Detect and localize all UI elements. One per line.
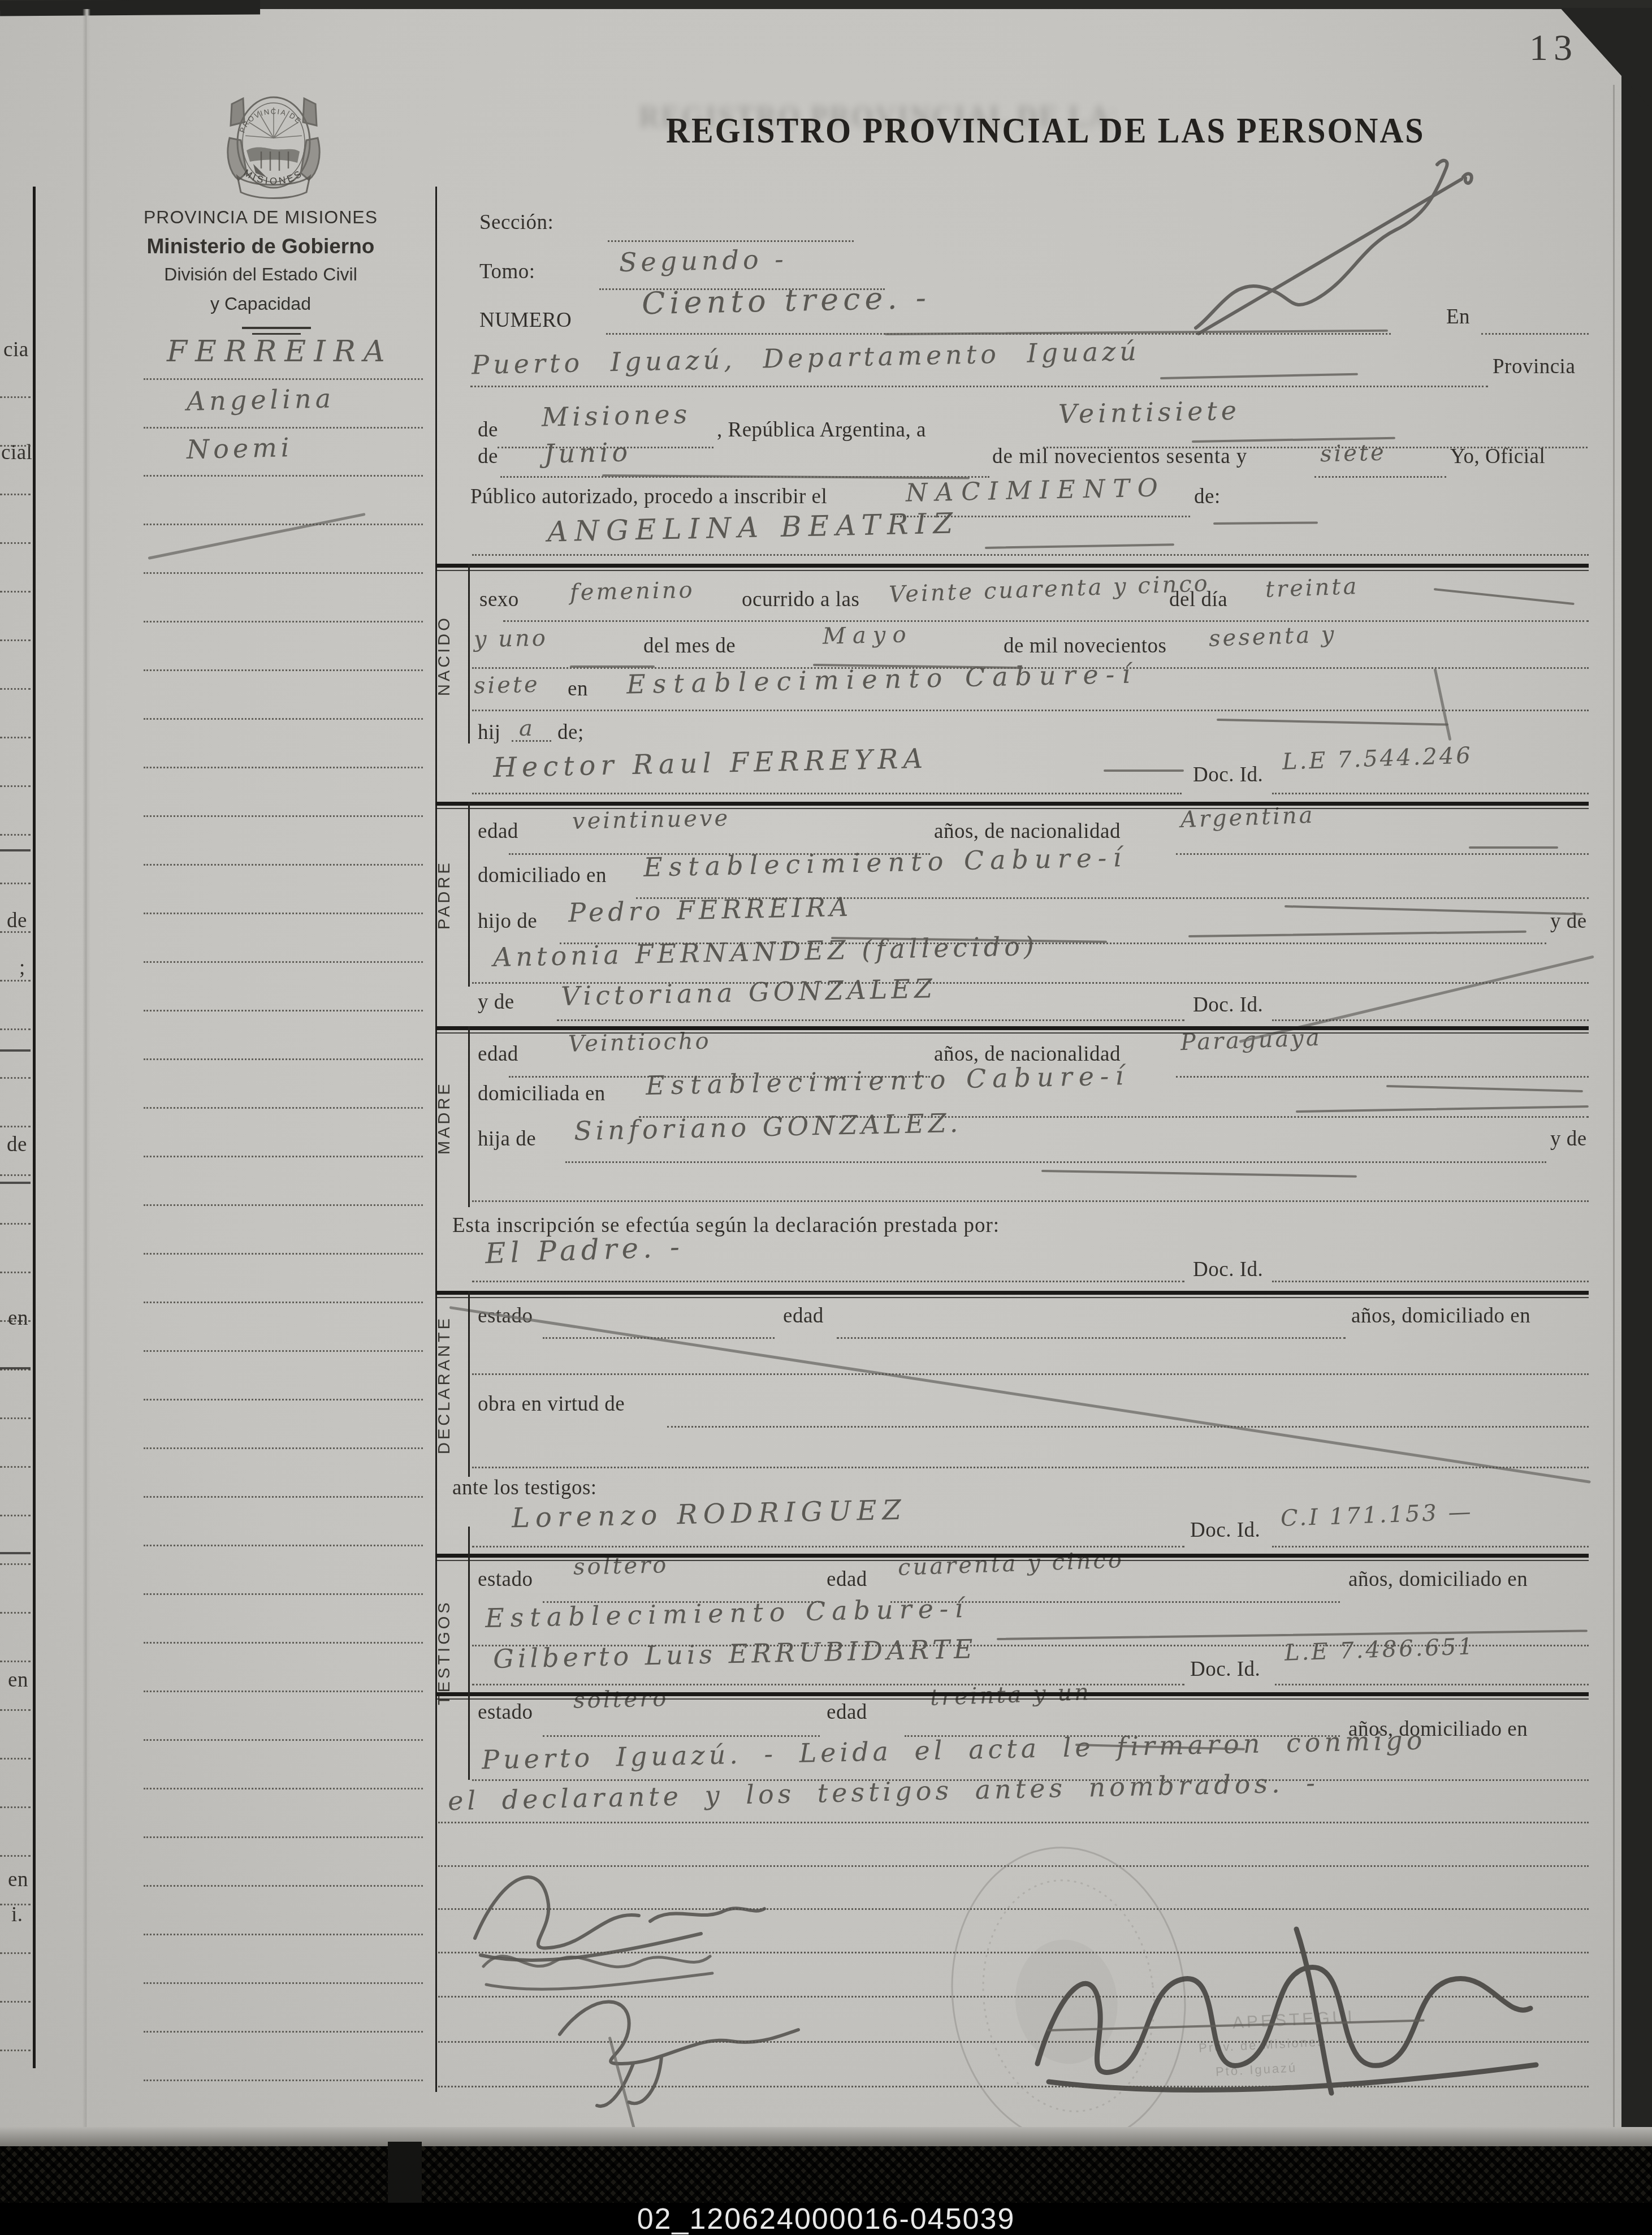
margin-dotted-line (144, 1204, 423, 1206)
form-dotted-line (472, 1546, 1184, 1547)
edge-stub-line (0, 785, 31, 787)
page-right-edge-line (1613, 85, 1615, 2143)
margin-dotted-line (144, 913, 423, 914)
padre-edad-value: veintinueve (572, 807, 730, 833)
place-value: Puerto Iguazú, Departamento Iguazú (472, 338, 1141, 378)
form-heavy-rule (435, 564, 1589, 568)
pen-stroke (1217, 719, 1448, 726)
edge-stub-line (0, 931, 31, 933)
edge-stub-line (0, 494, 31, 495)
form-heavy-rule-thin (435, 1560, 1589, 1561)
mes-value: Mayo (823, 623, 913, 647)
section-label-madre: MADRE (436, 1057, 453, 1179)
edge-fragment: cia (3, 339, 29, 360)
margin-dotted-line (144, 1107, 423, 1109)
margin-slash-stroke (148, 513, 366, 560)
closing-line-1: Puerto Iguazú. - Leida el acta le firmar… (482, 1727, 1426, 1773)
form-heavy-rule-thin (435, 1032, 1589, 1034)
republica-label: , República Argentina, a (717, 420, 926, 440)
section-divider-line (468, 564, 470, 743)
sexo-value: femenino (570, 579, 695, 604)
margin-dotted-line (144, 1739, 423, 1741)
edge-stub-line (0, 737, 31, 738)
month-value: Junio (544, 439, 632, 466)
madre-y-de-label: y de (478, 992, 514, 1013)
section-divider-line (468, 1291, 470, 1477)
pen-stroke (1386, 1085, 1583, 1092)
form-dotted-line (470, 386, 1488, 387)
page-number: 13 (1529, 29, 1578, 67)
edge-fragment: de (7, 910, 27, 931)
form-dotted-line (472, 1779, 1589, 1781)
registrar-signature (1015, 1894, 1552, 2115)
margin-dotted-line (144, 524, 423, 525)
form-dotted-line (890, 1601, 1340, 1603)
declarante-obra-label: obra en virtud de (478, 1394, 625, 1415)
madre-edad-label: edad (478, 1044, 518, 1065)
padre-nacionalidad-label: años, de nacionalidad (934, 821, 1121, 842)
office-division-line2: y Capacidad (88, 295, 434, 313)
margin-dotted-line (144, 1982, 423, 1984)
event-value: NACIMIENTO (906, 475, 1166, 506)
form-dotted-line (503, 620, 1589, 622)
page-bottom-shadow (0, 2127, 1652, 2147)
form-dotted-line (560, 943, 1546, 944)
day-value: Veintisiete (1058, 397, 1241, 427)
testigo2-nombre-value: Gilberto Luis ERRUBIDARTE (493, 1636, 977, 1672)
de-mil-label: de mil novecientos sesenta y (992, 446, 1247, 467)
form-heavy-rule-thin (435, 1698, 1589, 1700)
margin-surname: FERREIRA (167, 337, 393, 366)
hora-value: Veinte cuarenta y cinco (888, 572, 1210, 606)
form-dotted-line (608, 240, 854, 242)
closing-line-2: el declarante y los testigos antes nombr… (448, 1770, 1320, 1814)
sexo-label: sexo (479, 589, 519, 610)
madre-edad-value: Veintiocho (568, 1030, 711, 1055)
form-heavy-rule (435, 1026, 1589, 1030)
form-dotted-line (1043, 447, 1588, 448)
form-dotted-line (509, 853, 930, 855)
edge-stub-line (0, 1904, 31, 1905)
edge-stub-line (0, 1466, 31, 1468)
form-dotted-line (1272, 1546, 1589, 1547)
section-divider-line (468, 802, 470, 987)
testigo1-doc-value: C.I 171.153 — (1280, 1501, 1473, 1530)
svg-text:MISIONES: MISIONES (241, 167, 305, 187)
form-dotted-line (1481, 333, 1589, 335)
section-divider-line (468, 1527, 470, 1780)
margin-dotted-line (144, 1593, 423, 1595)
declarante-edad-label: edad (783, 1305, 824, 1326)
margin-dotted-line (144, 1058, 423, 1060)
bookmark-ribbon (388, 2142, 422, 2204)
form-dotted-line (472, 1645, 1589, 1646)
edge-stub-rule (0, 849, 31, 851)
padre-hijo-de-label: hijo de (478, 911, 537, 932)
margin-dotted-line (144, 864, 423, 866)
form-dotted-line (438, 1865, 1589, 1867)
registered-name-value: ANGELINA BEATRIZ (547, 509, 960, 546)
form-dotted-line (472, 1467, 1589, 1468)
form-dotted-line (438, 1908, 1589, 1910)
margin-dotted-line (144, 1934, 423, 1935)
edge-stub-line (0, 1661, 31, 1662)
form-dotted-line (565, 1161, 1546, 1163)
hijo-label-suffix: de; (557, 722, 584, 743)
edge-fragment: en (8, 1670, 28, 1691)
edge-stub-rule (0, 1182, 31, 1184)
edge-stub-line (0, 639, 31, 641)
edge-fragment: ; (19, 957, 25, 978)
pen-stroke (1041, 1170, 1357, 1178)
margin-given-name-1: Angelina (187, 385, 335, 414)
testigo2-estado-label: estado (478, 1702, 533, 1723)
edge-stub-line (0, 834, 31, 836)
form-dotted-line (1275, 1684, 1589, 1685)
declarante-anios-label: años, domiciliado en (1351, 1305, 1530, 1326)
edge-stub-line (0, 591, 31, 593)
seccion-label: Sección: (479, 212, 553, 233)
scan-edge-top-left (0, 0, 260, 16)
section-label-declarante: DECLARANTE (436, 1295, 453, 1476)
edge-stub-line (0, 1855, 31, 1857)
edge-fragment: i. (11, 1904, 23, 1925)
en-label: En (1446, 306, 1470, 327)
edge-stub-line (0, 1515, 31, 1516)
padre-doc-value: L.E 7.544.246 (1282, 744, 1473, 773)
form-dotted-line (1272, 1281, 1589, 1282)
form-dotted-line (472, 982, 1589, 984)
edge-stub-line (0, 1806, 31, 1808)
yo-oficial-label: Yo, Oficial (1450, 446, 1545, 467)
madre-doc-label: Doc. Id. (1193, 995, 1263, 1015)
official-header-signature (1182, 144, 1487, 342)
edge-stub-line (0, 542, 31, 544)
testigo1-estado-label: estado (478, 1569, 533, 1590)
page-fold-crease (83, 9, 90, 2146)
edge-stub-line (0, 883, 31, 884)
form-dotted-line (438, 2086, 1589, 2087)
edge-stub-line (0, 1952, 31, 1954)
declarante-value: El Padre. - (485, 1233, 684, 1268)
margin-dotted-line (144, 1836, 423, 1838)
madre-domicilio-label: domiciliada en (478, 1083, 606, 1104)
form-dotted-line (472, 793, 1182, 794)
padre-domicilio-value: Establecimiento Cabure-í (643, 844, 1128, 880)
form-dotted-line (472, 1373, 1589, 1375)
edge-stub-line (0, 1028, 31, 1030)
form-dotted-line (472, 1281, 1184, 1282)
form-dotted-line (438, 2041, 1589, 2043)
province-value: Misiones (542, 401, 691, 430)
provincia-label: Provincia (1493, 356, 1575, 377)
padre-edad-label: edad (478, 821, 518, 842)
pen-stroke (1434, 588, 1575, 605)
form-dotted-line (472, 710, 1589, 711)
testigo1-anios-label: años, domiciliado en (1348, 1569, 1528, 1590)
section-label-nacido: NACIDO (436, 588, 453, 724)
margin-dotted-line (144, 427, 423, 429)
anio-value-2: siete (474, 673, 540, 697)
pen-stroke (1104, 770, 1184, 772)
registry-title: REGISTRO PROVINCIAL DE LAS PERSONAS (666, 113, 1425, 149)
form-dotted-line (498, 447, 713, 448)
edge-stub-line (0, 688, 31, 690)
edge-stub-line (0, 1077, 31, 1079)
madre-abuelo-value: Sinforiano GONZALEZ. (574, 1110, 962, 1144)
pen-stroke (997, 1629, 1588, 1640)
margin-dotted-line (144, 1399, 423, 1400)
form-heavy-rule-thin (435, 570, 1589, 571)
tomo-value: Segundo - (619, 246, 788, 275)
office-ministry-line: Ministerio de Gobierno (88, 236, 434, 257)
margin-dotted-line (144, 2031, 423, 2033)
form-dotted-line (438, 1996, 1589, 1998)
scan-caption-text: 02_120624000016-045039 (637, 2202, 1015, 2235)
edge-stub-line (0, 445, 31, 447)
form-dotted-line (893, 516, 1190, 517)
testigo2-doc-value: L.E 7.486.651 (1284, 1635, 1475, 1665)
margin-dotted-line (144, 475, 423, 477)
edge-stub-line (0, 1758, 31, 1760)
form-dotted-line (837, 1337, 1346, 1339)
pen-stroke (985, 543, 1174, 549)
form-dotted-line (543, 1337, 775, 1339)
testigo2-doc-label: Doc. Id. (1190, 1659, 1260, 1680)
form-dotted-line (472, 1200, 1589, 1202)
edge-fragment: en (8, 1869, 28, 1890)
office-province-line: PROVINCIA DE MISIONES (88, 208, 434, 226)
form-dotted-line (1176, 1076, 1589, 1078)
form-heavy-rule (435, 1291, 1589, 1295)
margin-dotted-line (144, 378, 423, 380)
margin-dotted-line (144, 1010, 423, 1011)
edge-stub-rule (0, 1552, 31, 1554)
form-dotted-line (543, 1735, 820, 1737)
madre-nombre-value: Victoriana GONZALEZ (561, 975, 937, 1009)
form-dotted-line (1176, 853, 1589, 855)
pen-stroke (1285, 905, 1583, 915)
margin-dotted-line (144, 1788, 423, 1789)
margin-dotted-line (144, 718, 423, 720)
form-dotted-line (1314, 476, 1446, 478)
edge-stub-line (0, 396, 31, 398)
mes-label: del mes de (643, 636, 736, 656)
form-dotted-line (438, 1822, 1589, 1823)
madre-y-de-label-2: y de (1550, 1129, 1587, 1149)
scanned-birth-record-page: 13 REGISTRO PROVINCIAL DE LAS PERSONAS R… (0, 0, 1652, 2235)
de-colon-label: de: (1194, 486, 1221, 507)
edge-stub-rule (0, 1367, 31, 1369)
pen-stroke (570, 665, 655, 668)
margin-dotted-line (144, 1691, 423, 1692)
ocurrido-label: ocurrido a las (742, 589, 859, 610)
edge-stub-line (0, 2050, 31, 2051)
form-heavy-rule (435, 1692, 1589, 1696)
margin-dotted-line (144, 1545, 423, 1546)
pen-stroke (1213, 521, 1318, 525)
form-dotted-line (512, 740, 551, 742)
hijo-label-prefix: hij (478, 722, 501, 743)
margin-dotted-line (144, 1885, 423, 1887)
edge-stub-line (0, 1272, 31, 1273)
edge-stub-line (0, 1174, 31, 1176)
madre-hija-de-label: hija de (478, 1129, 536, 1149)
book-cover-fabric (0, 2146, 1652, 2204)
testigo1-edad-label: edad (827, 1569, 867, 1590)
publico-label: Público autorizado, procedo a inscribir … (470, 486, 827, 507)
margin-dotted-line (144, 1447, 423, 1449)
dia-label: del día (1169, 589, 1227, 610)
testigo2-estado-value: soltero (573, 1687, 669, 1712)
form-dotted-line (905, 1735, 1340, 1737)
edge-stub-line (0, 1417, 31, 1419)
form-heavy-rule-thin (435, 1297, 1589, 1298)
margin-dotted-line (144, 669, 423, 671)
previous-page-border-line (33, 187, 36, 2068)
edge-stub-line (0, 1612, 31, 1614)
margin-dotted-line (144, 1642, 423, 1644)
de-label-1: de (478, 420, 498, 440)
pen-stroke (1160, 373, 1358, 379)
padre-doc-label: Doc. Id. (1193, 764, 1263, 785)
testigo2-edad-label: edad (827, 1702, 867, 1723)
form-dotted-line (509, 1076, 930, 1078)
office-division-line1: División del Estado Civil (88, 265, 434, 283)
form-dotted-line (472, 554, 1589, 556)
edge-stub-line (0, 2001, 31, 2003)
margin-dotted-line (144, 767, 423, 768)
edge-stub-line (0, 1126, 31, 1127)
margin-dotted-line (144, 815, 423, 817)
margin-dotted-line (144, 1253, 423, 1255)
form-dotted-line (438, 1952, 1589, 1953)
form-dotted-line (557, 1019, 1184, 1021)
witness-signature-3 (543, 1966, 814, 2113)
de-label-2: de (478, 446, 498, 467)
edge-stub-line (0, 980, 31, 982)
form-dotted-line (639, 1116, 1589, 1118)
edge-stub-line (0, 1223, 31, 1225)
edge-stub-rule (0, 1049, 31, 1052)
padre-domicilio-label: domiciliado en (478, 865, 607, 886)
office-separator (242, 327, 311, 329)
margin-dotted-line (144, 1302, 423, 1303)
margin-dotted-line (144, 1156, 423, 1157)
declarante-intro-label: Esta inscripción se efectúa según la dec… (452, 1215, 1000, 1236)
edge-fragment: en (8, 1308, 28, 1329)
pen-stroke (602, 474, 970, 479)
form-dotted-line (1272, 793, 1589, 794)
testigo1-nombre-value: Lorenzo RODRIGUEZ (512, 1497, 907, 1532)
margin-given-name-2: Noemi (187, 434, 293, 462)
form-heavy-rule-thin (435, 808, 1589, 809)
tomo-label: Tomo: (479, 261, 535, 282)
pen-stroke (1469, 846, 1558, 849)
anio-pen-tick (1434, 668, 1452, 741)
pen-stroke (1296, 1105, 1589, 1113)
section-divider-line (468, 1026, 470, 1207)
form-heavy-rule (435, 802, 1589, 806)
province-seal: PROVINCIA DE MISIONES (222, 88, 326, 204)
form-dotted-line (543, 1601, 820, 1603)
edge-stub-line (0, 1320, 31, 1322)
form-dotted-line (599, 288, 885, 290)
edge-stub-line (0, 1563, 31, 1565)
anio-label: de mil novecientos (1004, 636, 1167, 656)
form-dotted-line (1272, 1019, 1589, 1021)
en-lugar-label: en (568, 678, 588, 699)
dia-value: treinta (1265, 575, 1359, 601)
madre-domicilio-value: Establecimiento Cabure-í (646, 1062, 1130, 1099)
testigo1-doc-label: Doc. Id. (1190, 1520, 1260, 1541)
dia-value-2: y uno (474, 627, 548, 651)
scan-edge-right (1621, 23, 1652, 2148)
margin-dotted-line (144, 961, 423, 963)
scan-caption-bar: 02_120624000016-045039 (0, 2203, 1652, 2235)
anio-value: sesenta y (1208, 623, 1337, 650)
numero-label: NUMERO (479, 310, 572, 331)
margin-dotted-line (144, 572, 423, 574)
section-label-padre: PADRE (436, 834, 453, 956)
edge-fragment: de (7, 1134, 27, 1155)
testigos-intro-label: ante los testigos: (452, 1477, 597, 1498)
margin-dotted-line (144, 1350, 423, 1352)
margin-dotted-line (144, 2080, 423, 2081)
padre-nombre-value: Hector Raul FERREYRA (493, 745, 928, 781)
margin-dotted-line (144, 621, 423, 622)
margin-dotted-line (144, 1496, 423, 1498)
form-heavy-rule (435, 1554, 1589, 1558)
testigo1-domicilio-value: Establecimiento Cabure-í (485, 1595, 970, 1631)
hijo-fill-value: a (519, 717, 535, 740)
form-dotted-line (667, 1426, 1589, 1428)
year-value: siete (1320, 442, 1387, 465)
edge-stub-line (0, 1709, 31, 1711)
pen-stroke (1188, 931, 1526, 937)
declarante-doc-label: Doc. Id. (1193, 1259, 1263, 1280)
form-dotted-line (472, 1684, 1184, 1685)
form-dotted-line (636, 897, 1589, 899)
section-label-testigos: TESTIGOS (436, 1569, 453, 1736)
